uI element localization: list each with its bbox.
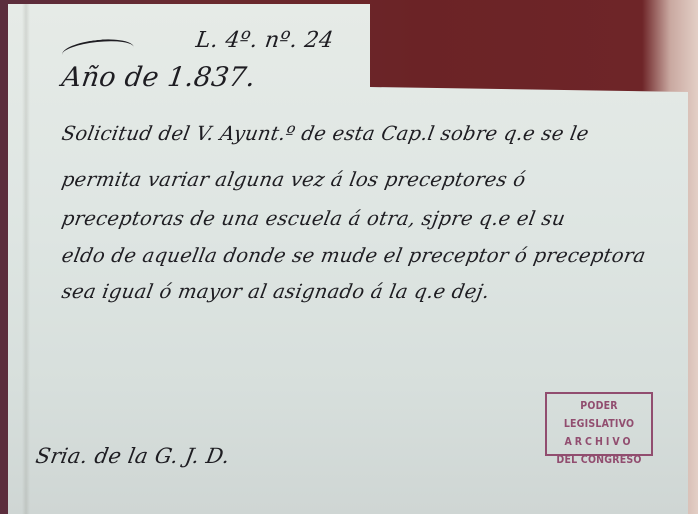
stamp-line-2: ARCHIVO: [547, 433, 651, 451]
signature-line: Sria. de la G. J. D.: [34, 444, 232, 468]
stamp-line-3: DEL CONGRESO: [547, 451, 651, 469]
year-heading: Año de 1.837.: [60, 62, 258, 93]
body-line-5: sea igual ó mayor al asignado á la q.e d…: [60, 280, 492, 303]
reference-mark: L. 4º. nº. 24: [194, 28, 335, 53]
body-line-1: Solicitud del V. Ayunt.º de esta Cap.l s…: [60, 122, 591, 145]
archive-stamp: PODER LEGISLATIVO ARCHIVO DEL CONGRESO: [545, 392, 653, 456]
body-line-2: permita variar alguna vez á los precepto…: [60, 168, 528, 191]
body-line-4: eldo de aquella donde se mude el precept…: [60, 244, 648, 267]
body-line-3: preceptoras de una escuela á otra, sjpre…: [60, 207, 567, 230]
paper-fold-crease: [22, 4, 30, 514]
stamp-line-1: PODER LEGISLATIVO: [547, 397, 651, 433]
